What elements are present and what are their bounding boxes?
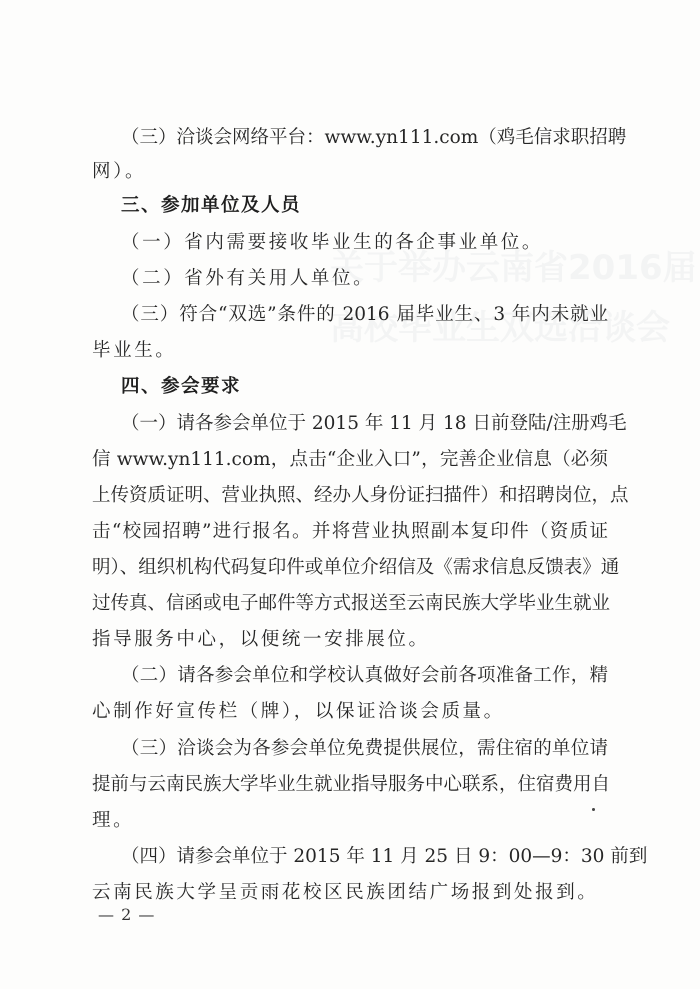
text-line: 上传资质证明、营业执照、经办人身份证扫描件）和招聘岗位，点	[92, 484, 608, 508]
text-line: （一）请各参会单位于 2015 年 11 月 18 日前登陆/注册鸡毛	[121, 412, 608, 436]
page-number: — 2 —	[98, 905, 155, 924]
text-line: （三）洽谈会为各参会单位免费提供展位，需住宿的单位请	[121, 737, 608, 761]
text-line: （二）省外有关用人单位。	[121, 267, 608, 291]
text-line: （四）请参会单位于 2015 年 11 月 25 日 9：00—9：30 前到	[121, 845, 608, 869]
text-line: （一）省内需要接收毕业生的各企事业单位。	[121, 231, 608, 255]
text-line: 信 www.yn111.com，点击“企业入口”，完善企业信息（必须	[92, 448, 608, 472]
text-line: （三）符合“双选”条件的 2016 届毕业生、3 年内未就业	[121, 303, 608, 327]
text-line: 毕业生。	[92, 339, 608, 363]
text-line: 云南民族大学呈贡雨花校区民族团结广场报到处报到。	[92, 881, 608, 905]
text-line: 心制作好宣传栏（牌），以保证洽谈会质量。	[92, 700, 608, 724]
text-line: 过传真、信函或电子邮件等方式报送至云南民族大学毕业生就业	[92, 592, 608, 616]
section-heading: 三、参加单位及人员	[121, 194, 608, 218]
text-line: 指导服务中心，以便统一安排展位。	[92, 628, 608, 652]
text-line: 击“校园招聘”进行报名。并将营业执照副本复印件（资质证	[92, 520, 608, 544]
text-line: 明）、组织机构代码复印件或单位介绍信及《需求信息反馈表》通	[92, 556, 608, 580]
text-line: （二）请各参会单位和学校认真做好会前各项准备工作，精	[121, 664, 608, 688]
text-line: 提前与云南民族大学毕业生就业指导服务中心联系，住宿费用自	[92, 773, 608, 797]
text-line: 理。	[92, 809, 608, 833]
text-line: （三）洽谈会网络平台：www.yn111.com（鸡毛信求职招聘	[121, 126, 608, 150]
text-line: 网）。	[92, 160, 608, 184]
document-page: 关于举办云南省2016届 高校毕业生双选洽谈会 （三）洽谈会网络平台：www.y…	[0, 0, 700, 989]
section-heading: 四、参会要求	[121, 375, 608, 399]
